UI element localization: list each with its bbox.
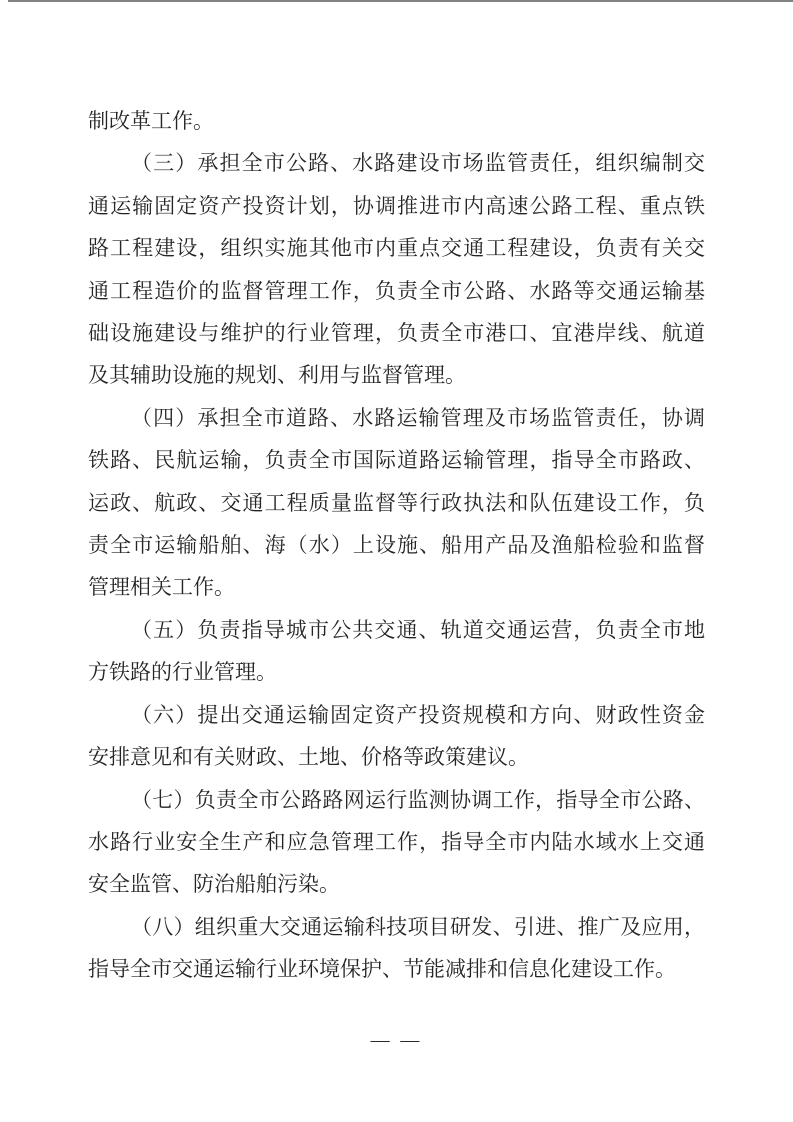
paragraph: （八）组织重大交通运输科技项目研发、引进、推广及应用，指导全市交通运输行业环境保… [88,906,705,991]
text-line: 路工程建设，组织实施其他市内重点交通工程建设，负责有关交 [88,227,705,269]
paragraph: （七）负责全市公路路网运行监测协调工作，指导全市公路、水路行业安全生产和应急管理… [88,779,705,906]
text-line: （八）组织重大交通运输科技项目研发、引进、推广及应用， [88,906,705,948]
text-line: （五）负责指导城市公共交通、轨道交通运营，负责全市地 [88,609,705,651]
page-footer: — — [0,1029,793,1053]
text-line: 安全监管、防治船舶污染。 [88,863,705,905]
text-line: 水路行业安全生产和应急管理工作，指导全市内陆水域水上交通 [88,821,705,863]
text-line: （四）承担全市道路、水路运输管理及市场监管责任，协调 [88,397,705,439]
text-line: （三）承担全市公路、水路建设市场监管责任，组织编制交 [88,142,705,184]
page-number-marker: — — [371,1030,423,1051]
text-line: 制改革工作。 [88,100,705,142]
text-line: （六）提出交通运输固定资产投资规模和方向、财政性资金 [88,694,705,736]
text-line: 运政、航政、交通工程质量监督等行政执法和队伍建设工作，负 [88,482,705,524]
text-line: （七）负责全市公路路网运行监测协调工作，指导全市公路、 [88,779,705,821]
text-line: 方铁路的行业管理。 [88,651,705,693]
document-page: 制改革工作。（三）承担全市公路、水路建设市场监管责任，组织编制交通运输固定资产投… [0,0,793,1122]
text-line: 安排意见和有关财政、土地、价格等政策建议。 [88,736,705,778]
scan-edge-artifact [8,0,793,2]
paragraph: （四）承担全市道路、水路运输管理及市场监管责任，协调铁路、民航运输，负责全市国际… [88,397,705,609]
text-line: 通工程造价的监督管理工作，负责全市公路、水路等交通运输基 [88,270,705,312]
text-line: 责全市运输船舶、海（水）上设施、船用产品及渔船检验和监督 [88,524,705,566]
text-line: 及其辅助设施的规划、利用与监督管理。 [88,354,705,396]
text-line: 础设施建设与维护的行业管理，负责全市港口、宜港岸线、航道 [88,312,705,354]
paragraph: 制改革工作。 [88,100,705,142]
paragraph: （三）承担全市公路、水路建设市场监管责任，组织编制交通运输固定资产投资计划，协调… [88,142,705,396]
text-line: 铁路、民航运输，负责全市国际道路运输管理，指导全市路政、 [88,439,705,481]
text-line: 管理相关工作。 [88,566,705,608]
paragraph: （六）提出交通运输固定资产投资规模和方向、财政性资金安排意见和有关财政、土地、价… [88,694,705,779]
document-body: 制改革工作。（三）承担全市公路、水路建设市场监管责任，组织编制交通运输固定资产投… [88,100,705,991]
text-line: 指导全市交通运输行业环境保护、节能减排和信息化建设工作。 [88,948,705,990]
paragraph: （五）负责指导城市公共交通、轨道交通运营，负责全市地方铁路的行业管理。 [88,609,705,694]
text-line: 通运输固定资产投资计划，协调推进市内高速公路工程、重点铁 [88,185,705,227]
